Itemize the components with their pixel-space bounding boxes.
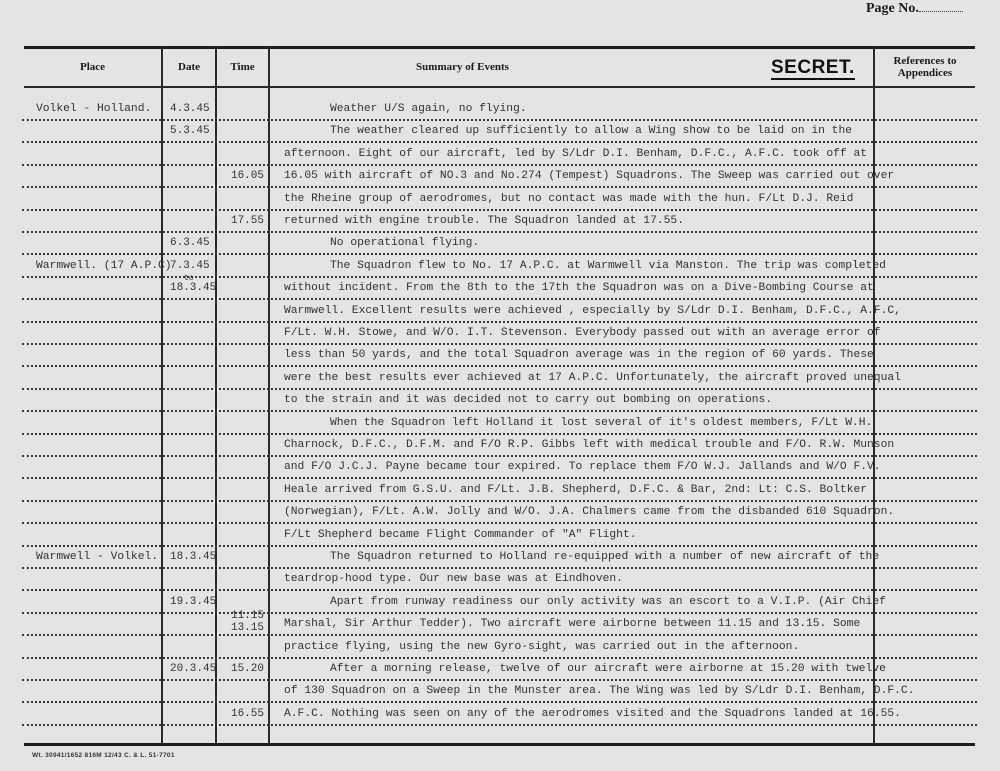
row-date bbox=[170, 367, 215, 389]
row-time bbox=[218, 300, 264, 322]
row-time: 17.55 bbox=[218, 210, 264, 232]
row-time bbox=[218, 524, 264, 546]
row-place bbox=[36, 300, 161, 322]
row-date: 18.3.45 bbox=[170, 546, 215, 568]
header-time: Time bbox=[217, 48, 268, 86]
row-date bbox=[170, 143, 215, 165]
page-number-label: Page No. bbox=[866, 1, 963, 17]
row-place bbox=[36, 434, 161, 456]
row-date bbox=[170, 165, 215, 187]
row-summary: 16.05 with aircraft of NO.3 and No.274 (… bbox=[284, 165, 872, 187]
row-time bbox=[218, 456, 264, 478]
row-date bbox=[170, 568, 215, 590]
row-summary: When the Squadron left Holland it lost s… bbox=[284, 412, 872, 434]
row-place bbox=[36, 277, 161, 299]
row-time bbox=[218, 120, 264, 142]
row-time bbox=[218, 232, 264, 254]
row-place bbox=[36, 367, 161, 389]
row-time: 16.05 bbox=[218, 165, 264, 187]
row-place bbox=[36, 165, 161, 187]
column-divider bbox=[161, 47, 163, 744]
row-summary: afternoon. Eight of our aircraft, led by… bbox=[284, 143, 872, 165]
row-summary: teardrop-hood type. Our new base was at … bbox=[284, 568, 872, 590]
row-date: 19.3.45 bbox=[170, 591, 215, 613]
row-time bbox=[218, 389, 264, 411]
row-summary: the Rheine group of aerodromes, but no c… bbox=[284, 188, 872, 210]
row-time bbox=[218, 344, 264, 366]
row-date bbox=[170, 680, 215, 702]
row-time: 16.55 bbox=[218, 703, 264, 725]
row-place bbox=[36, 456, 161, 478]
row-date bbox=[170, 636, 215, 658]
row-time bbox=[218, 367, 264, 389]
secret-stamp: SECRET. bbox=[771, 58, 855, 80]
row-summary: After a morning release, twelve of our a… bbox=[284, 658, 872, 680]
row-time bbox=[218, 680, 264, 702]
row-date bbox=[170, 456, 215, 478]
row-time bbox=[218, 479, 264, 501]
row-time: 15.20 bbox=[218, 658, 264, 680]
row-summary: A.F.C. Nothing was seen on any of the ae… bbox=[284, 703, 872, 725]
row-time bbox=[218, 143, 264, 165]
row-summary: practice flying, using the new Gyro-sigh… bbox=[284, 636, 872, 658]
row-date bbox=[170, 344, 215, 366]
row-date bbox=[170, 300, 215, 322]
row-place bbox=[36, 568, 161, 590]
row-time bbox=[218, 636, 264, 658]
row-place bbox=[36, 524, 161, 546]
column-divider bbox=[873, 47, 875, 744]
row-place bbox=[36, 501, 161, 523]
row-place bbox=[36, 613, 161, 635]
row-place bbox=[36, 389, 161, 411]
row-place bbox=[36, 703, 161, 725]
row-time bbox=[218, 322, 264, 344]
row-date-note: to bbox=[184, 268, 204, 290]
row-time bbox=[218, 98, 264, 120]
table-bottom-border bbox=[24, 743, 975, 746]
row-summary: No operational flying. bbox=[284, 232, 872, 254]
row-summary: and F/O J.C.J. Payne became tour expired… bbox=[284, 456, 872, 478]
row-summary: to the strain and it was decided not to … bbox=[284, 389, 872, 411]
row-place bbox=[36, 591, 161, 613]
row-date bbox=[170, 613, 215, 635]
row-place bbox=[36, 143, 161, 165]
row-summary: returned with engine trouble. The Squadr… bbox=[284, 210, 872, 232]
row-summary: The Squadron returned to Holland re-equi… bbox=[284, 546, 872, 568]
row-summary: The weather cleared up sufficiently to a… bbox=[284, 120, 872, 142]
row-summary: Warmwell. Excellent results were achieve… bbox=[284, 300, 872, 322]
row-place bbox=[36, 188, 161, 210]
row-summary: of 130 Squadron on a Sweep in the Munste… bbox=[284, 680, 872, 702]
row-date: 6.3.45 bbox=[170, 232, 215, 254]
row-date: 4.3.45 bbox=[170, 98, 215, 120]
row-place bbox=[36, 680, 161, 702]
row-date bbox=[170, 524, 215, 546]
row-date bbox=[170, 210, 215, 232]
row-date bbox=[170, 389, 215, 411]
row-time bbox=[218, 188, 264, 210]
row-place bbox=[36, 344, 161, 366]
row-date bbox=[170, 188, 215, 210]
row-place bbox=[36, 658, 161, 680]
header-date: Date bbox=[163, 48, 215, 86]
row-date bbox=[170, 412, 215, 434]
row-place: Warmwell - Volkel. bbox=[36, 546, 161, 568]
row-place bbox=[36, 412, 161, 434]
row-time bbox=[218, 412, 264, 434]
row-summary: (Norwegian), F/Lt. A.W. Jolly and W/O. J… bbox=[284, 501, 872, 523]
row-date bbox=[170, 703, 215, 725]
row-time bbox=[218, 255, 264, 277]
header-bottom-border bbox=[24, 86, 975, 88]
row-summary: Weather U/S again, no flying. bbox=[284, 98, 872, 120]
row-place bbox=[36, 322, 161, 344]
row-summary: The Squadron flew to No. 17 A.P.C. at Wa… bbox=[284, 255, 872, 277]
row-place bbox=[36, 120, 161, 142]
row-date bbox=[170, 322, 215, 344]
row-place bbox=[36, 232, 161, 254]
column-divider bbox=[268, 47, 270, 744]
row-time bbox=[218, 546, 264, 568]
row-place: Warmwell. (17 A.P.C) bbox=[36, 255, 161, 277]
row-summary: F/Lt Shepherd became Flight Commander of… bbox=[284, 524, 872, 546]
row-date bbox=[170, 479, 215, 501]
row-summary: less than 50 yards, and the total Squadr… bbox=[284, 344, 872, 366]
row-time bbox=[218, 434, 264, 456]
row-summary: were the best results ever achieved at 1… bbox=[284, 367, 872, 389]
row-summary: without incident. From the 8th to the 17… bbox=[284, 277, 872, 299]
row-date bbox=[170, 434, 215, 456]
form-print-code: Wt. 30941/1652 816M 12/43 C. & L. 51-770… bbox=[32, 752, 175, 759]
row-time bbox=[218, 277, 264, 299]
row-date bbox=[170, 501, 215, 523]
row-place bbox=[36, 479, 161, 501]
row-time bbox=[218, 568, 264, 590]
row-summary: Marshal, Sir Arthur Tedder). Two aircraf… bbox=[284, 613, 872, 635]
row-summary: Charnock, D.F.C., D.F.M. and F/O R.P. Gi… bbox=[284, 434, 872, 456]
header-summary: Summary of Events bbox=[270, 48, 655, 86]
row-date: 5.3.45 bbox=[170, 120, 215, 142]
header-place: Place bbox=[24, 48, 161, 86]
row-place bbox=[36, 636, 161, 658]
row-place: Volkel - Holland. bbox=[36, 98, 161, 120]
column-divider bbox=[215, 47, 217, 744]
header-references: References to Appendices bbox=[875, 48, 975, 86]
row-summary: Apart from runway readiness our only act… bbox=[284, 591, 872, 613]
row-time bbox=[218, 501, 264, 523]
row-summary: F/Lt. W.H. Stowe, and W/O. I.T. Stevenso… bbox=[284, 322, 872, 344]
row-place bbox=[36, 210, 161, 232]
row-summary: Heale arrived from G.S.U. and F/Lt. J.B.… bbox=[284, 479, 872, 501]
row-date: 20.3.45 bbox=[170, 658, 215, 680]
